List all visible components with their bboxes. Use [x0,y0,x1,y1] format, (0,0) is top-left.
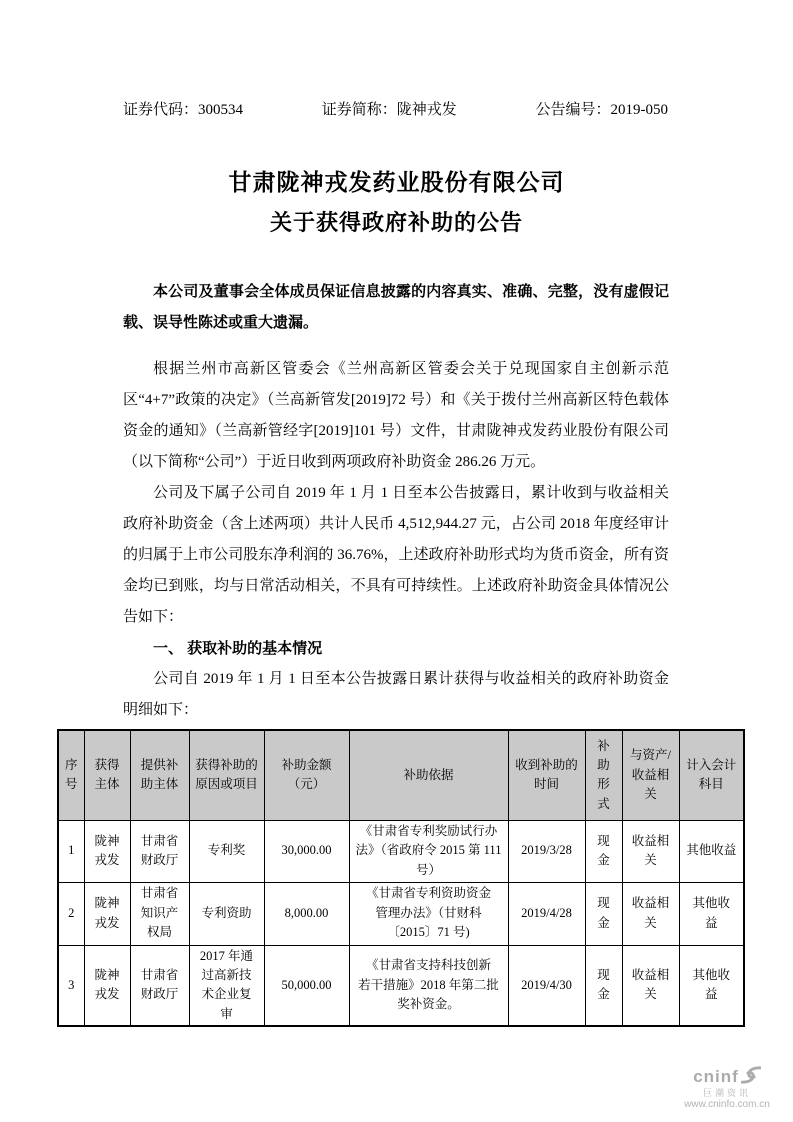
table-header-cell: 序 号 [58,730,84,820]
table-cell: 甘肃省 财政厅 [130,820,189,882]
table-cell: 30,000.00 [264,820,349,882]
table-cell: 3 [58,945,84,1026]
table-cell: 现 金 [585,882,622,945]
table-cell: 收益相 关 [622,882,679,945]
table-cell: 1 [58,820,84,882]
table-cell: 专利奖 [189,820,264,882]
table-header-row: 序 号 获得 主体 提供补 助主体 获得补助的 原因或项目 补助金额 （元） 补… [58,730,744,820]
cninfo-logo-text: cninf [693,1067,739,1087]
cninfo-swirl-icon [741,1066,761,1089]
disclaimer-notice: 本公司及董事会全体成员保证信息披露的内容真实、准确、完整，没有虚假记载、误导性陈… [123,276,669,338]
announcement-number: 公告编号：2019-050 [536,100,669,120]
table-cell: 《甘肃省专利资助资金 管理办法》（甘财科 〔2015〕71 号) [349,882,508,945]
paragraph-subsidy-detail-intro: 公司自 2019 年 1 月 1 日至本公告披露日累计获得与收益相关的政府补助资… [123,664,669,726]
table-header-cell: 获得 主体 [84,730,130,820]
table-header-cell: 补助依据 [349,730,508,820]
table-row: 3 陇神 戎发 甘肃省 财政厅 2017 年通 过高新技 术企业复 审 50,0… [58,945,744,1026]
document-body: 本公司及董事会全体成员保证信息披露的内容真实、准确、完整，没有虚假记载、误导性陈… [123,276,669,726]
table-header-cell: 与资产/ 收益相 关 [622,730,679,820]
document-page: 证券代码：300534 证券简称：陇神戎发 公告编号：2019-050 甘肃陇神… [0,0,793,1122]
table-cell: 《甘肃省支持科技创新 若干措施》2018 年第二批 奖补资金。 [349,945,508,1026]
cninfo-logo-row: cninf [671,1066,783,1089]
table-cell: 50,000.00 [264,945,349,1026]
table-cell: 现 金 [585,945,622,1026]
table-cell: 陇神 戎发 [84,882,130,945]
subsidy-table: 序 号 获得 主体 提供补 助主体 获得补助的 原因或项目 补助金额 （元） 补… [57,729,745,1027]
section-heading-1: 一、 获取补助的基本情况 [123,633,669,664]
table-cell: 2019/3/28 [508,820,585,882]
table-cell: 8,000.00 [264,882,349,945]
cninfo-logo-subtext: 巨潮资讯 [671,1088,783,1098]
table-cell: 2019/4/28 [508,882,585,945]
stock-code: 证券代码：300534 [123,100,243,120]
table-row: 1 陇神 戎发 甘肃省 财政厅 专利奖 30,000.00 《甘肃省专利奖励试行… [58,820,744,882]
table-cell: 其他收益 [679,820,744,882]
table-cell: 收益相 关 [622,945,679,1026]
page-subtitle: 关于获得政府补助的公告 [0,206,793,237]
table-header-cell: 计入会计 科目 [679,730,744,820]
table-cell: 甘肃省 财政厅 [130,945,189,1026]
table-row: 2 陇神 戎发 甘肃省 知识产 权局 专利资助 8,000.00 《甘肃省专利资… [58,882,744,945]
table-header-cell: 补 助 形 式 [585,730,622,820]
table-cell: 其他收 益 [679,882,744,945]
page-title: 甘肃陇神戎发药业股份有限公司 [0,164,793,197]
table-cell: 甘肃省 知识产 权局 [130,882,189,945]
table-header-cell: 获得补助的 原因或项目 [189,730,264,820]
table-cell: 其他收 益 [679,945,744,1026]
table-cell: 《甘肃省专利奖励试行办 法》（省政府令 2015 第 111 号） [349,820,508,882]
table-cell: 收益相 关 [622,820,679,882]
paragraph-subsidy-received: 根据兰州市高新区管委会《兰州高新区管委会关于兑现国家自主创新示范区“4+7”政策… [123,354,669,478]
table-cell: 2017 年通 过高新技 术企业复 审 [189,945,264,1026]
table-header-cell: 补助金额 （元） [264,730,349,820]
table-cell: 现 金 [585,820,622,882]
table-cell: 陇神 戎发 [84,820,130,882]
stock-short-name: 证券简称：陇神戎发 [322,100,457,120]
cninfo-logo-url: www.cninfo.com.cn [671,1099,783,1111]
table-cell: 陇神 戎发 [84,945,130,1026]
header-info-row: 证券代码：300534 证券简称：陇神戎发 公告编号：2019-050 [123,100,668,120]
table-header-cell: 提供补 助主体 [130,730,189,820]
paragraph-cumulative-subsidy: 公司及下属子公司自 2019 年 1 月 1 日至本公告披露日，累计收到与收益相… [123,478,669,633]
table-header-cell: 收到补助的 时间 [508,730,585,820]
table-cell: 专利资助 [189,882,264,945]
cninfo-logo: cninf 巨潮资讯 www.cninfo.com.cn [671,1066,783,1110]
table-cell: 2 [58,882,84,945]
table-cell: 2019/4/30 [508,945,585,1026]
